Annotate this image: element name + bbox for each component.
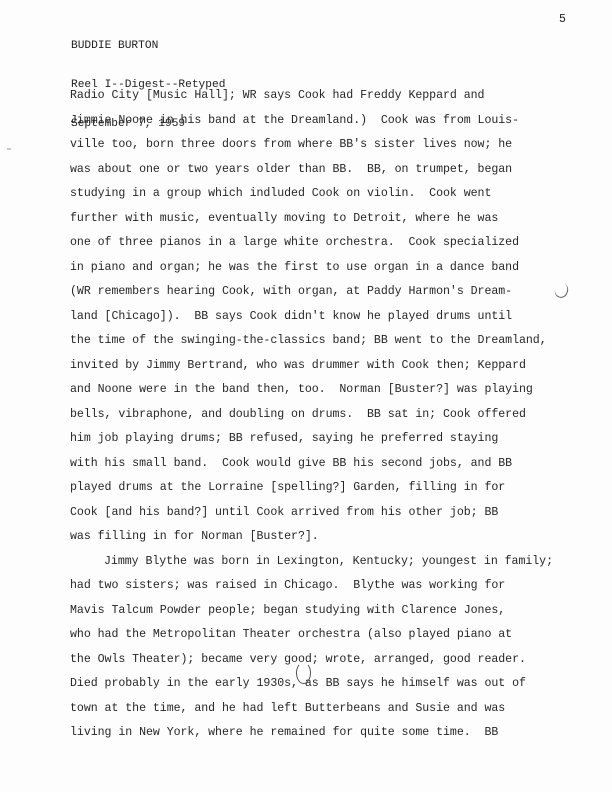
- text-line: him job playing drums; BB refused, sayin…: [70, 427, 610, 452]
- text-line: and Noone were in the band then, too. No…: [70, 378, 610, 403]
- text-line: living in New York, where he remained fo…: [70, 721, 610, 746]
- text-line: Mavis Talcum Powder people; began studyi…: [70, 599, 610, 624]
- text-line: Radio City [Music Hall]; WR says Cook ha…: [70, 84, 610, 109]
- text-line: Jimmy Blythe was born in Lexington, Kent…: [70, 550, 610, 575]
- text-line: studying in a group which indluded Cook …: [70, 182, 610, 207]
- page-number: 5: [559, 13, 566, 26]
- text-line: played drums at the Lorraine [spelling?]…: [70, 476, 610, 501]
- text-line: in piano and organ; he was the first to …: [70, 256, 610, 281]
- document-body: Radio City [Music Hall]; WR says Cook ha…: [70, 84, 610, 746]
- text-line: ville too, born three doors from where B…: [70, 133, 610, 158]
- document-page: BUDDIE BURTON Reel I--Digest--Retyped Se…: [0, 0, 612, 792]
- text-line: who had the Metropolitan Theater orchest…: [70, 623, 610, 648]
- header-interviewee: BUDDIE BURTON: [71, 40, 225, 53]
- text-line: one of three pianos in a large white orc…: [70, 231, 610, 256]
- text-line: with his small band. Cook would give BB …: [70, 452, 610, 477]
- text-line: bells, vibraphone, and doubling on drums…: [70, 403, 610, 428]
- text-line: invited by Jimmy Bertrand, who was drumm…: [70, 354, 610, 379]
- text-line: was about one or two years older than BB…: [70, 158, 610, 183]
- text-line: the time of the swinging-the-classics ba…: [70, 329, 610, 354]
- text-line: Cook [and his band?] until Cook arrived …: [70, 501, 610, 526]
- text-line: town at the time, and he had left Butter…: [70, 697, 610, 722]
- text-line: the Owls Theater); became very good; wro…: [70, 648, 610, 673]
- text-line: land [Chicago]). BB says Cook didn't kno…: [70, 305, 610, 330]
- scan-speck: [7, 148, 11, 150]
- text-line: was filling in for Norman [Buster?].: [70, 525, 610, 550]
- text-line: had two sisters; was raised in Chicago. …: [70, 574, 610, 599]
- text-line: Died probably in the early 1930s, as BB …: [70, 672, 610, 697]
- text-line: further with music, eventually moving to…: [70, 207, 610, 232]
- text-line: Jimmie Noone in his band at the Dreamlan…: [70, 109, 610, 134]
- text-line: (WR remembers hearing Cook, with organ, …: [70, 280, 610, 305]
